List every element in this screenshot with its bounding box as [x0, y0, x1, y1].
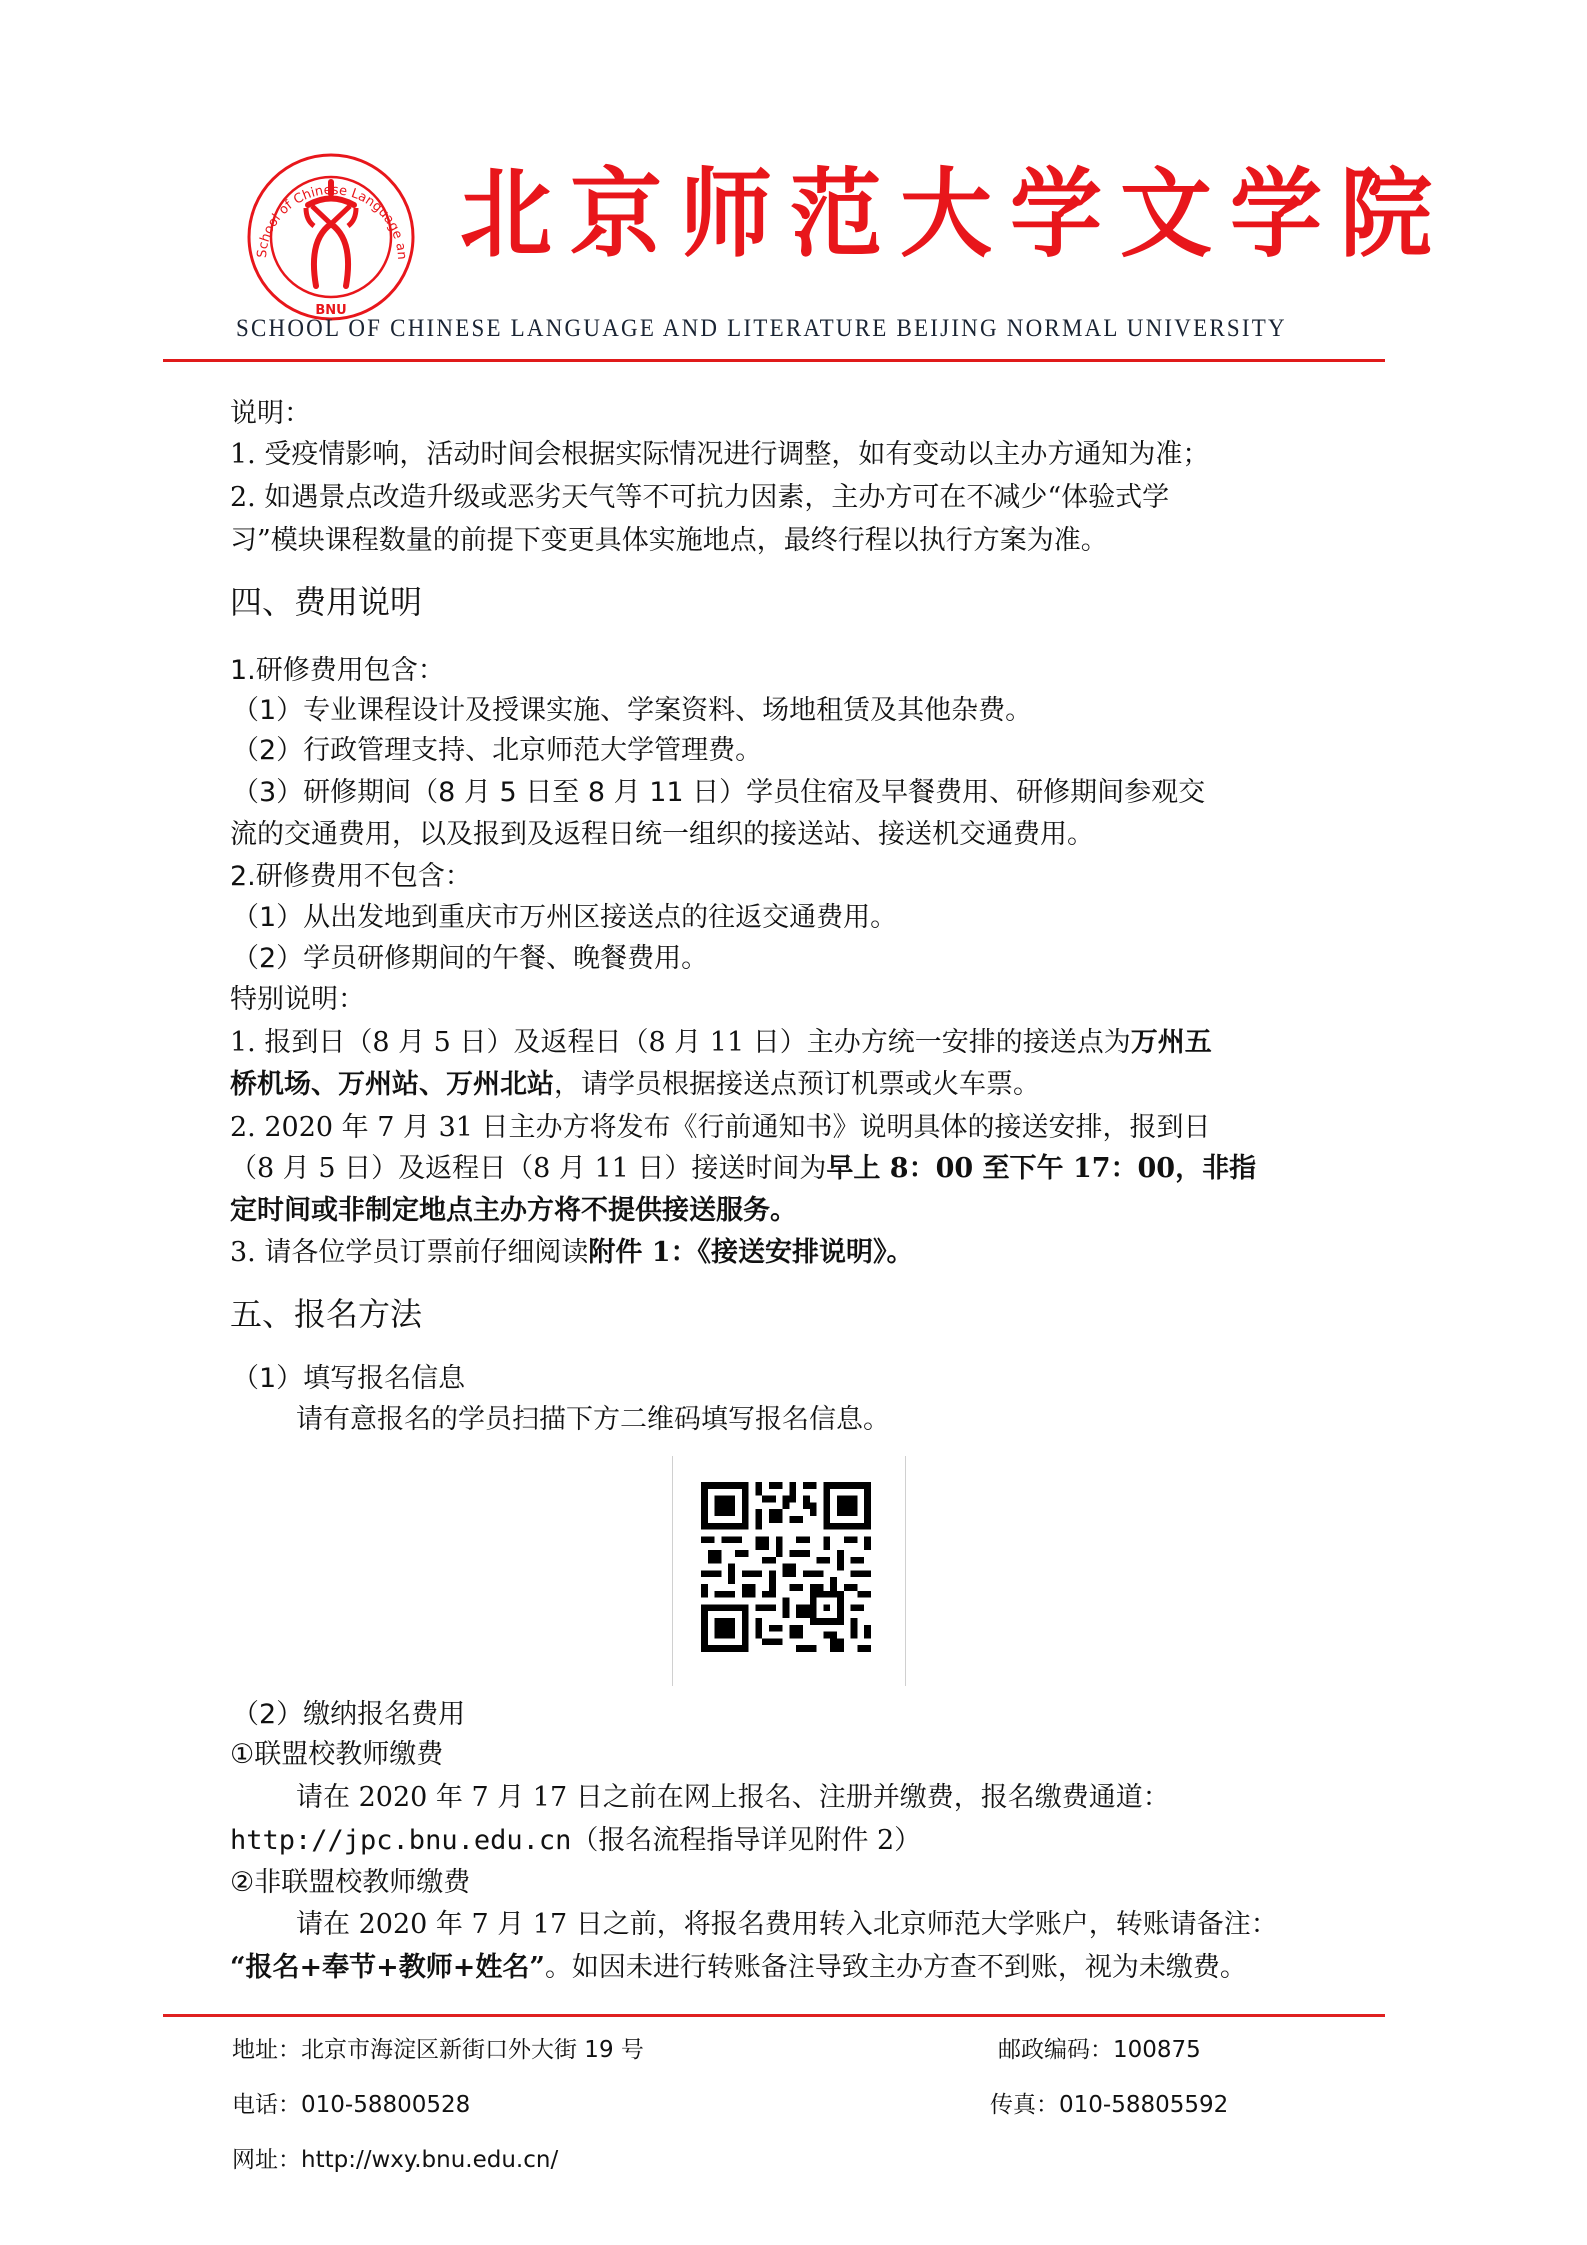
fee-excluded-item-2: （2）学员研修期间的午餐、晚餐费用。 [232, 942, 708, 976]
step-1-text: 请有意报名的学员扫描下方二维码填写报名信息。 [296, 1403, 890, 1437]
special-item-3-text: 3. 请各位学员订票前仔细阅读 [230, 1237, 588, 1268]
special-item-2-cont-text: （8 月 5 日）及返程日（8 月 11 日）接送时间为 [230, 1153, 826, 1184]
step-2-label: （2）缴纳报名费用 [232, 1698, 465, 1732]
special-item-1-cont-text: ，请学员根据接送点预订机票或火车票。 [554, 1069, 1040, 1100]
qr-code-icon [701, 1482, 871, 1652]
fee-included-label: 1.研修费用包含： [230, 654, 445, 688]
transfer-remark-line: “报名+奉节+教师+姓名”。如因未进行转账备注导致主办方查不到账，视为未缴费。 [230, 1951, 1247, 1985]
special-item-3: 3. 请各位学员订票前仔细阅读附件 1：《接送安排说明》。 [230, 1236, 914, 1270]
transfer-remark-warning: 。如因未进行转账备注导致主办方查不到账，视为未缴费。 [545, 1952, 1247, 1983]
alliance-fee-text: 请在 2020 年 7 月 17 日之前在网上报名、注册并缴费，报名缴费通道： [296, 1781, 1170, 1815]
special-item-2-warning: 定时间或非制定地点主办方将不提供接送服务。 [230, 1194, 797, 1228]
footer-postcode: 邮政编码：100875 [998, 2036, 1201, 2064]
school-title-en: SCHOOL OF CHINESE LANGUAGE AND LITERATUR… [236, 315, 1287, 343]
alliance-fee-label: ①联盟校教师缴费 [230, 1738, 443, 1772]
special-item-1-cont: 桥机场、万州站、万州北站，请学员根据接送点预订机票或火车票。 [230, 1068, 1040, 1102]
qr-code[interactable] [701, 1482, 871, 1652]
pickup-stations: 桥机场、万州站、万州北站 [230, 1069, 554, 1100]
special-item-2-cont: （8 月 5 日）及返程日（8 月 11 日）接送时间为早上 8：00 至下午 … [230, 1152, 1256, 1186]
school-title-cn: 北京师范大学文学院 [460, 166, 1450, 263]
attachment-1-reference: 附件 1：《接送安排说明》。 [588, 1237, 913, 1268]
pickup-time: 早上 8：00 至下午 17：00，非指 [826, 1153, 1256, 1184]
svg-text:School of Chinese Language and: School of Chinese Language and Literatur… [236, 150, 409, 260]
registration-link-note: （报名流程指导详见附件 2） [571, 1825, 921, 1856]
bnu-wen-emblem-icon: School of Chinese Language and Literatur… [236, 150, 426, 325]
school-logo: School of Chinese Language and Literatur… [236, 150, 426, 325]
fee-excluded-item-1: （1）从出发地到重庆市万州区接送点的往返交通费用。 [232, 901, 897, 935]
step-1-label: （1）填写报名信息 [232, 1362, 465, 1396]
footer-fax: 传真：010-58805592 [990, 2091, 1228, 2119]
footer-divider [163, 2014, 1385, 2017]
special-item-1-text: 1. 报到日（8 月 5 日）及返程日（8 月 11 日）主办方统一安排的接送点… [230, 1027, 1131, 1058]
fee-included-item-1: （1）专业课程设计及授课实施、学案资料、场地租赁及其他杂费。 [232, 694, 1032, 728]
fee-included-item-3: （3）研修期间（8 月 5 日至 8 月 11 日）学员住宿及早餐费用、研修期间… [232, 776, 1205, 810]
special-item-1: 1. 报到日（8 月 5 日）及返程日（8 月 11 日）主办方统一安排的接送点… [230, 1026, 1212, 1060]
notes-item-2-cont: 习”模块课程数量的前提下变更具体实施地点，最终行程以执行方案为准。 [230, 524, 1108, 558]
special-notes-label: 特别说明： [230, 983, 365, 1017]
non-alliance-fee-label: ②非联盟校教师缴费 [230, 1866, 470, 1900]
non-alliance-fee-text: 请在 2020 年 7 月 17 日之前，将报名费用转入北京师范大学账户，转账请… [296, 1908, 1278, 1942]
notes-item-2: 2. 如遇景点改造升级或恶劣天气等不可抗力因素，主办方可在不减少“体验式学 [230, 481, 1169, 515]
footer-website[interactable]: 网址：http://wxy.bnu.edu.cn/ [232, 2146, 558, 2174]
registration-link[interactable]: http://jpc.bnu.edu.cn [230, 1825, 571, 1856]
header-divider [163, 359, 1385, 362]
fee-included-item-3-cont: 流的交通费用，以及报到及返程日统一组织的接送站、接送机交通费用。 [230, 818, 1094, 852]
fee-excluded-label: 2.研修费用不包含： [230, 860, 472, 894]
alliance-fee-link-line: http://jpc.bnu.edu.cn（报名流程指导详见附件 2） [230, 1824, 921, 1858]
special-item-1-emphasis: 万州五 [1131, 1027, 1212, 1058]
section-5-heading: 五、报名方法 [230, 1294, 422, 1334]
footer-phone: 电话：010-58800528 [232, 2091, 470, 2119]
fee-included-item-2: （2）行政管理支持、北京师范大学管理费。 [232, 734, 762, 768]
special-item-2: 2. 2020 年 7 月 31 日主办方将发布《行前通知书》说明具体的接送安排… [230, 1111, 1211, 1145]
notes-item-1: 1. 受疫情影响，活动时间会根据实际情况进行调整，如有变动以主办方通知为准； [230, 438, 1209, 472]
notes-label: 说明： [230, 397, 311, 431]
footer-address: 地址：北京市海淀区新街口外大街 19 号 [232, 2036, 644, 2064]
section-4-heading: 四、费用说明 [230, 582, 422, 622]
transfer-remark-format: “报名+奉节+教师+姓名” [230, 1952, 545, 1983]
